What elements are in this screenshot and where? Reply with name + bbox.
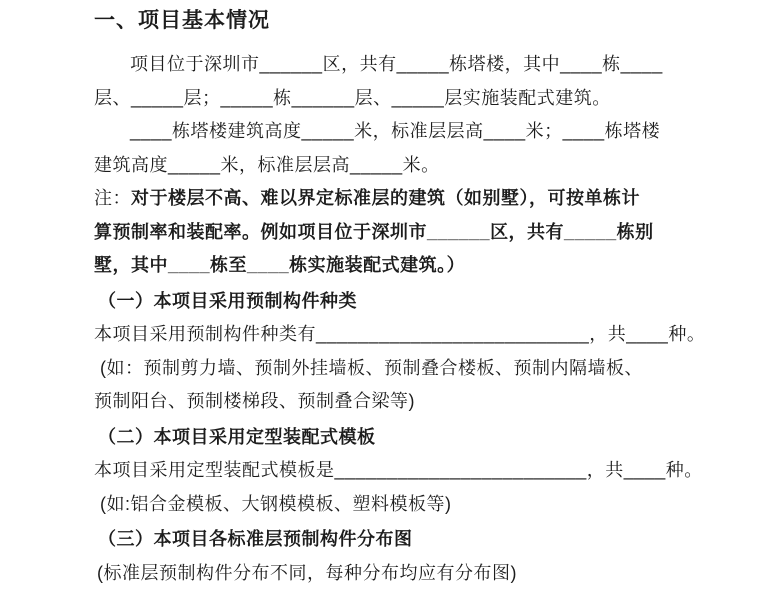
note-line-3: 墅，其中____栋至____栋实施装配式建筑。） bbox=[94, 249, 654, 283]
subsection-1-heading: （一）本项目采用预制构件种类 bbox=[94, 285, 654, 319]
subsection-3-heading-text: （三）本项目各标准层预制构件分布图 bbox=[98, 529, 413, 549]
subsection-2-line-1: 本项目采用定型装配式模板是________________________，共_… bbox=[94, 454, 654, 488]
subsection-1-line-1-text: 本项目采用预制构件种类有__________________________，共… bbox=[94, 324, 705, 344]
subsection-1-example-line-2: 预制阳台、预制楼梯段、预制叠合梁等) bbox=[94, 385, 654, 419]
subsection-3-note-line: (标准层预制构件分布不同，每种分布均应有分布图) bbox=[94, 557, 654, 591]
subsection-1-example-line-1: (如：预制剪力墙、预制外挂墙板、预制叠合楼板、预制内隔墙板、 bbox=[94, 352, 654, 386]
subsection-2-example-line-1-text: (如:铝合金模板、大钢模模板、塑料模板等) bbox=[100, 494, 452, 514]
note-line-3-text: 墅，其中____栋至____栋实施装配式建筑。） bbox=[94, 255, 465, 275]
subsection-2-example-line-1: (如:铝合金模板、大钢模模板、塑料模板等) bbox=[94, 488, 654, 522]
intro-line-3: ____栋塔楼建筑高度_____米，标准层层高____米；____栋塔楼 bbox=[94, 115, 654, 149]
section-title-text: 一、项目基本情况 bbox=[94, 9, 270, 32]
document-page: 一、项目基本情况 项目位于深圳市______区，共有_____栋塔楼，其中___… bbox=[0, 0, 761, 594]
subsection-1-line-1: 本项目采用预制构件种类有__________________________，共… bbox=[94, 318, 654, 352]
note-line-2-text: 算预制率和装配率。例如项目位于深圳市______区，共有_____栋别 bbox=[94, 222, 654, 242]
subsection-1-example-line-1-text: (如：预制剪力墙、预制外挂墙板、预制叠合楼板、预制内隔墙板、 bbox=[100, 358, 643, 378]
note-line-2: 算预制率和装配率。例如项目位于深圳市______区，共有_____栋别 bbox=[94, 216, 654, 250]
intro-line-4-text: 建筑高度_____米，标准层层高_____米。 bbox=[94, 155, 440, 175]
intro-line-2: 层、_____层；_____栋______层、_____层实施装配式建筑。 bbox=[94, 82, 654, 116]
subsection-1-example-line-2-text: 预制阳台、预制楼梯段、预制叠合梁等) bbox=[94, 391, 415, 411]
intro-line-1-text: 项目位于深圳市______区，共有_____栋塔楼，其中____栋____ bbox=[130, 54, 663, 74]
subsection-3-heading: （三）本项目各标准层预制构件分布图 bbox=[94, 523, 654, 557]
subsection-2-line-1-text: 本项目采用定型装配式模板是________________________，共_… bbox=[94, 460, 703, 480]
subsection-1-heading-text: （一）本项目采用预制构件种类 bbox=[98, 291, 357, 311]
section-title: 一、项目基本情况 bbox=[94, 6, 654, 48]
document-body: 一、项目基本情况 项目位于深圳市______区，共有_____栋塔楼，其中___… bbox=[94, 6, 654, 590]
note-line-1-text: 对于楼层不高、难以界定标准层的建筑（如别墅），可按单栋计 bbox=[131, 188, 640, 208]
subsection-3-note-line-text: (标准层预制构件分布不同，每种分布均应有分布图) bbox=[97, 563, 517, 583]
intro-line-3-text: ____栋塔楼建筑高度_____米，标准层层高____米；____栋塔楼 bbox=[130, 121, 660, 141]
subsection-2-heading-text: （二）本项目采用定型装配式模板 bbox=[98, 427, 376, 447]
note-line-1: 注：对于楼层不高、难以界定标准层的建筑（如别墅），可按单栋计 bbox=[94, 182, 654, 216]
note-label: 注： bbox=[94, 188, 131, 208]
intro-line-2-text: 层、_____层；_____栋______层、_____层实施装配式建筑。 bbox=[94, 88, 611, 108]
subsection-2-heading: （二）本项目采用定型装配式模板 bbox=[94, 421, 654, 455]
intro-line-4: 建筑高度_____米，标准层层高_____米。 bbox=[94, 149, 654, 183]
intro-line-1: 项目位于深圳市______区，共有_____栋塔楼，其中____栋____ bbox=[94, 48, 654, 82]
